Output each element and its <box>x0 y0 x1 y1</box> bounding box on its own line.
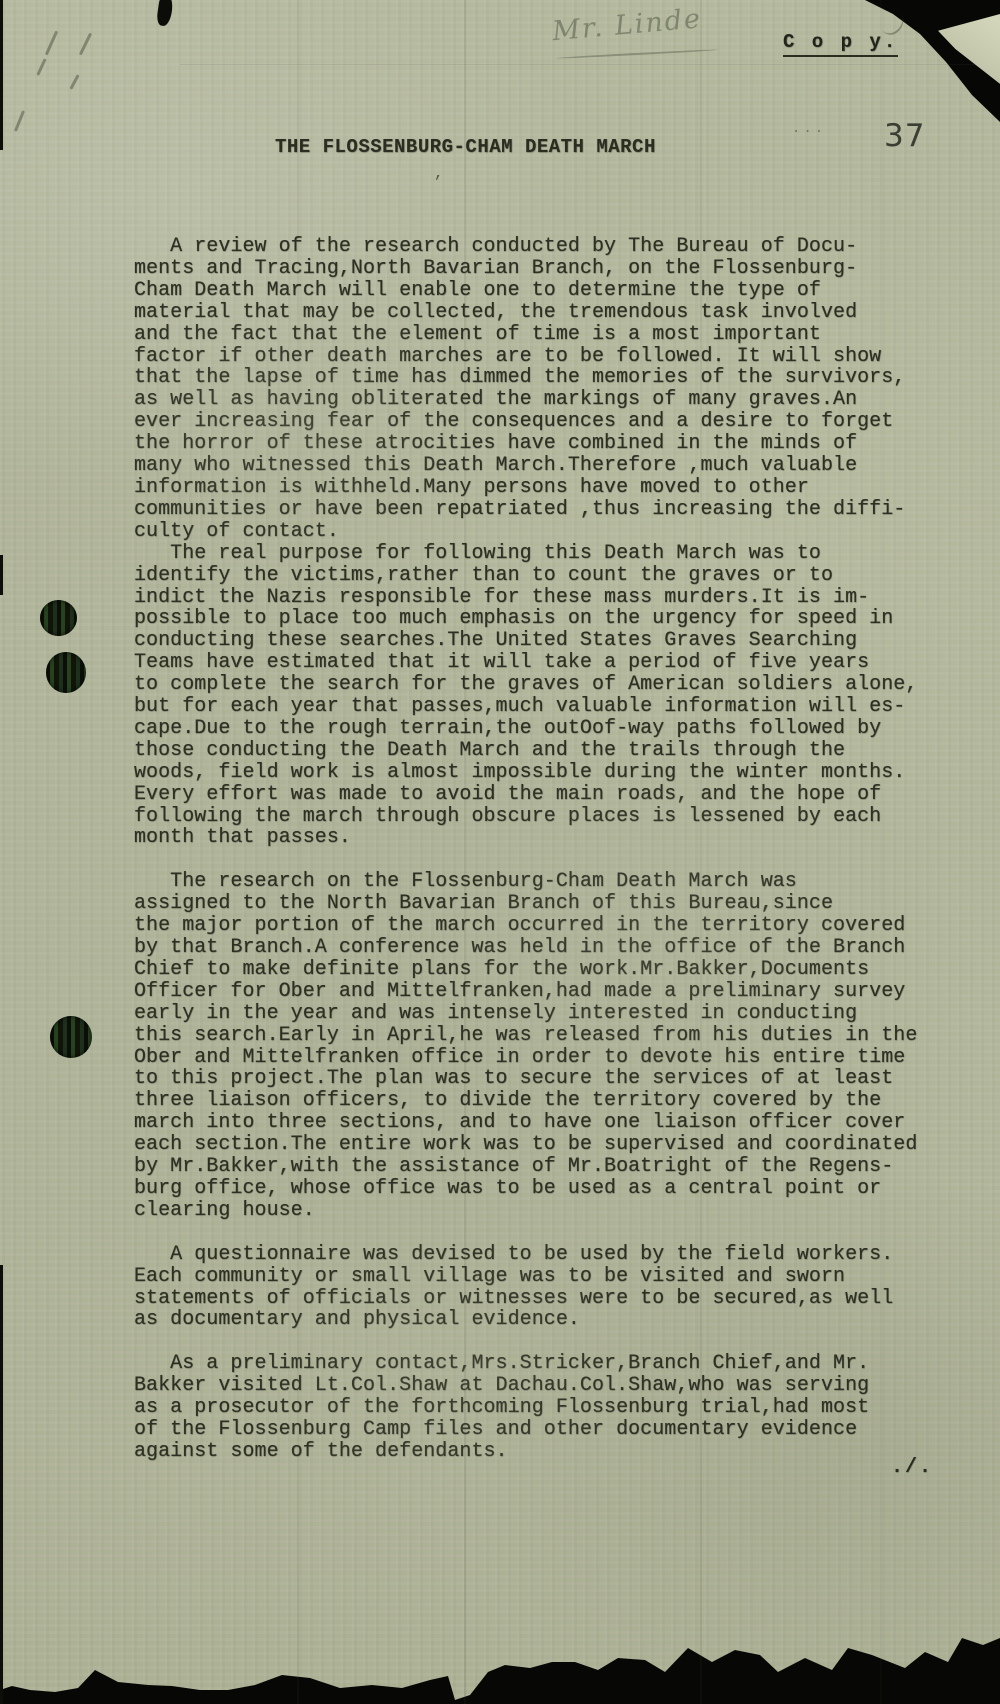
pencil-dots: ··· <box>792 124 826 140</box>
typewritten-body: A review of the research conducted by Th… <box>134 236 1000 1463</box>
punch-hole <box>50 1016 92 1058</box>
scanned-document: ··· Mr. Linde C o p y. 37 THE FLOSSENBUR… <box>0 0 1000 1704</box>
punch-hole <box>46 652 86 693</box>
page-number: 37 <box>884 118 925 154</box>
edge-shadow <box>0 0 3 150</box>
horizontal-crease <box>180 64 1000 65</box>
document-title: THE FLOSSENBURG-CHAM DEATH MARCH <box>275 136 656 158</box>
stray-comma: , <box>434 164 444 182</box>
edge-shadow <box>0 1265 3 1704</box>
punch-hole <box>40 600 77 636</box>
edge-shadow <box>0 555 3 595</box>
continuation-mark: ./. <box>891 1456 933 1479</box>
copy-stamp: C o p y. <box>783 31 898 57</box>
